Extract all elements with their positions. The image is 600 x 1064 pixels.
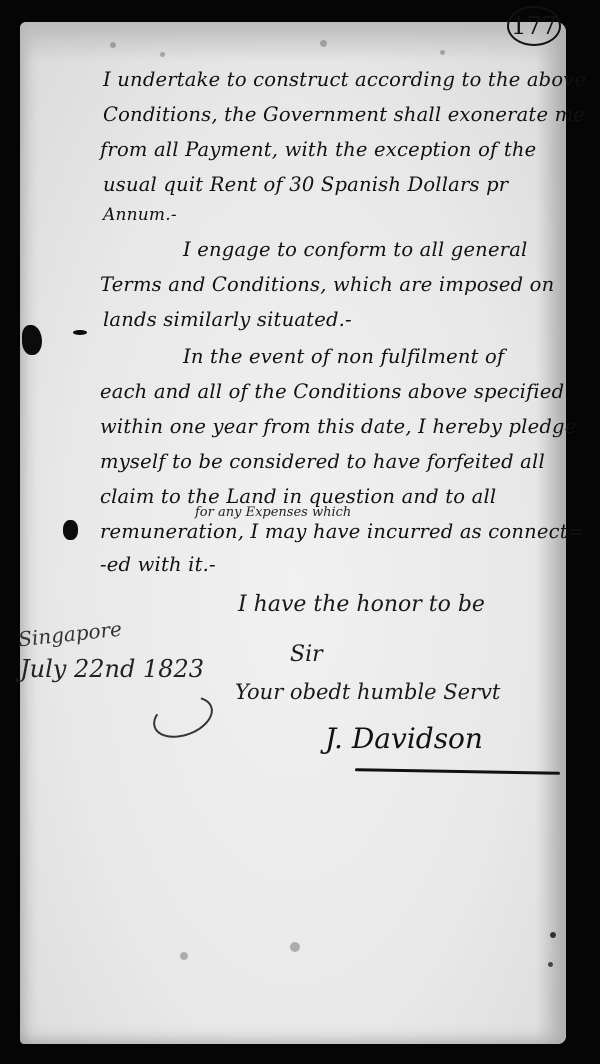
body-line: Conditions, the Government shall exonera… bbox=[103, 103, 573, 126]
body-line: I engage to conform to all general bbox=[183, 238, 600, 261]
body-line: Terms and Conditions, which are imposed … bbox=[100, 273, 570, 296]
foxing-spot bbox=[440, 50, 445, 55]
interlinear-insertion: for any Expenses which bbox=[195, 505, 351, 520]
body-line: Annum.- bbox=[103, 205, 573, 225]
body-line: In the event of non fulfilment of bbox=[183, 345, 600, 368]
foxing-spot bbox=[160, 52, 165, 57]
body-line: I undertake to construct according to th… bbox=[103, 68, 573, 91]
closing-salutation: Sir bbox=[290, 642, 323, 667]
foxing-spot bbox=[548, 962, 553, 967]
foxing-spot bbox=[110, 42, 116, 48]
body-line: remuneration, I may have incurred as con… bbox=[100, 520, 570, 543]
signature: J. Davidson bbox=[325, 722, 483, 755]
foxing-spot bbox=[550, 932, 556, 938]
body-line: myself to be considered to have forfeite… bbox=[100, 450, 570, 473]
body-line: usual quit Rent of 30 Spanish Dollars pr bbox=[103, 173, 573, 196]
folio-number: 177 bbox=[507, 6, 561, 46]
foxing-spot bbox=[320, 40, 327, 47]
body-line: from all Payment, with the exception of … bbox=[100, 138, 570, 161]
ink-blot bbox=[73, 330, 87, 335]
body-line: lands similarly situated.- bbox=[103, 308, 573, 331]
body-line: -ed with it.- bbox=[100, 553, 570, 576]
body-line: each and all of the Conditions above spe… bbox=[100, 380, 570, 403]
closing-line: I have the honor to be bbox=[238, 592, 485, 617]
ink-blot bbox=[63, 520, 78, 540]
ink-blot bbox=[22, 325, 42, 355]
foxing-spot bbox=[290, 942, 300, 952]
body-line: within one year from this date, I hereby… bbox=[100, 415, 570, 438]
closing-line: Your obedt humble Servt bbox=[235, 680, 500, 704]
document-date: July 22nd 1823 bbox=[20, 655, 204, 683]
foxing-spot bbox=[180, 952, 188, 960]
